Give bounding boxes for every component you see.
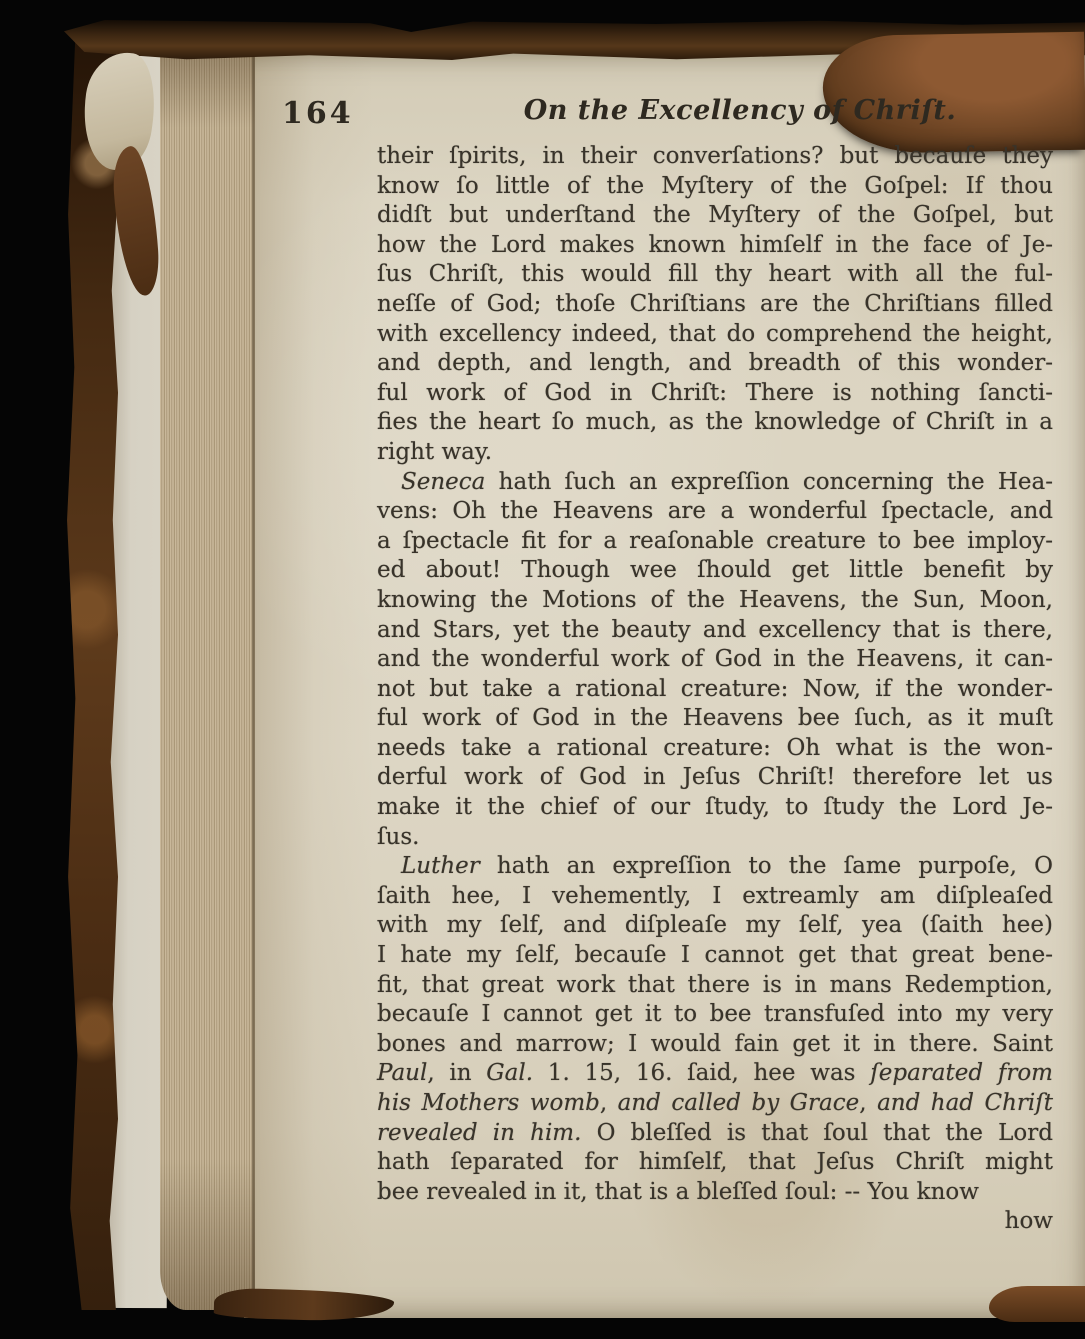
text-line: Seneca hath ſuch an expreſſion concernin… bbox=[377, 468, 1053, 498]
text-line: a ſpectacle fit for a reaſonable creatur… bbox=[377, 527, 1053, 557]
text-line: with my ſelf, and diſpleaſe my ſelf, yea… bbox=[377, 911, 1053, 941]
text-line: ful work of God in the Heavens bee ſuch,… bbox=[377, 704, 1053, 734]
text-line: Paul, in Gal. 1. 15, 16. ſaid, hee was ſ… bbox=[377, 1059, 1053, 1089]
text-line: with excellency indeed, that do comprehe… bbox=[377, 320, 1053, 350]
body-text: their ſpirits, in their converſations? b… bbox=[377, 142, 1053, 1207]
text-line: ſaith hee, I vehemently, I extreamly am … bbox=[377, 882, 1053, 912]
book-cover-bottom-right-corner bbox=[989, 1286, 1085, 1322]
text-line: knowing the Motions of the Heavens, the … bbox=[377, 586, 1053, 616]
text-line: know ſo little of the Myſtery of the Goſ… bbox=[377, 172, 1053, 202]
text-line: how the Lord makes known himſelf in the … bbox=[377, 231, 1053, 261]
text-line: bee revealed in it, that is a bleſſed ſo… bbox=[377, 1178, 1053, 1208]
text-line: ſus. bbox=[377, 823, 1053, 853]
text-line: make it the chief of our ſtudy, to ſtudy… bbox=[377, 793, 1053, 823]
text-line: his Mothers womb, and called by Grace, a… bbox=[377, 1089, 1053, 1119]
catchword: how bbox=[377, 1207, 1053, 1237]
text-line: and the wonderful work of God in the Hea… bbox=[377, 645, 1053, 675]
text-line: and depth, and length, and breadth of th… bbox=[377, 349, 1053, 379]
text-line: fit, that great work that there is in ma… bbox=[377, 971, 1053, 1001]
text-line: vens: Oh the Heavens are a wonderful ſpe… bbox=[377, 497, 1053, 527]
text-line: ed about! Though wee ſhould get little b… bbox=[377, 556, 1053, 586]
text-line: needs take a rational creature: Oh what … bbox=[377, 734, 1053, 764]
text-line: bones and marrow; I would fain get it in… bbox=[377, 1030, 1053, 1060]
text-line: right way. bbox=[377, 438, 1053, 468]
text-line: ful work of God in Chriſt: There is noth… bbox=[377, 379, 1053, 409]
book-photograph: 164 On the Excellency of Chriſt. their ſ… bbox=[0, 0, 1085, 1339]
book-cover-left-edge bbox=[66, 36, 118, 1310]
text-line: ſus Chriſt, this would fill thy heart wi… bbox=[377, 260, 1053, 290]
body-text-block: their ſpirits, in their converſations? b… bbox=[377, 142, 1053, 1237]
running-title: On the Excellency of Chriſt. bbox=[420, 95, 1060, 126]
book-cover-top-right-corner bbox=[822, 32, 1085, 155]
text-line: I hate my ſelf, becauſe I cannot get tha… bbox=[377, 941, 1053, 971]
text-line: becauſe I cannot get it to bee transfuſe… bbox=[377, 1000, 1053, 1030]
text-line: neſſe of God; thoſe Chriſtians are the C… bbox=[377, 290, 1053, 320]
stacked-page-edges bbox=[160, 52, 255, 1310]
text-line: fies the heart ſo much, as the knowledge… bbox=[377, 408, 1053, 438]
text-line: revealed in him. O bleſſed is that ſoul … bbox=[377, 1119, 1053, 1149]
text-line: Luther hath an expreſſion to the ſame pu… bbox=[377, 852, 1053, 882]
page-number: 164 bbox=[282, 96, 354, 131]
text-line: and Stars, yet the beauty and excellency… bbox=[377, 616, 1053, 646]
text-line: their ſpirits, in their converſations? b… bbox=[377, 142, 1053, 172]
text-line: derful work of God in Jeſus Chriſt! ther… bbox=[377, 763, 1053, 793]
text-line: hath ſeparated for himſelf, that Jeſus C… bbox=[377, 1148, 1053, 1178]
text-line: not but take a rational creature: Now, i… bbox=[377, 675, 1053, 705]
text-line: didſt but underſtand the Myſtery of the … bbox=[377, 201, 1053, 231]
